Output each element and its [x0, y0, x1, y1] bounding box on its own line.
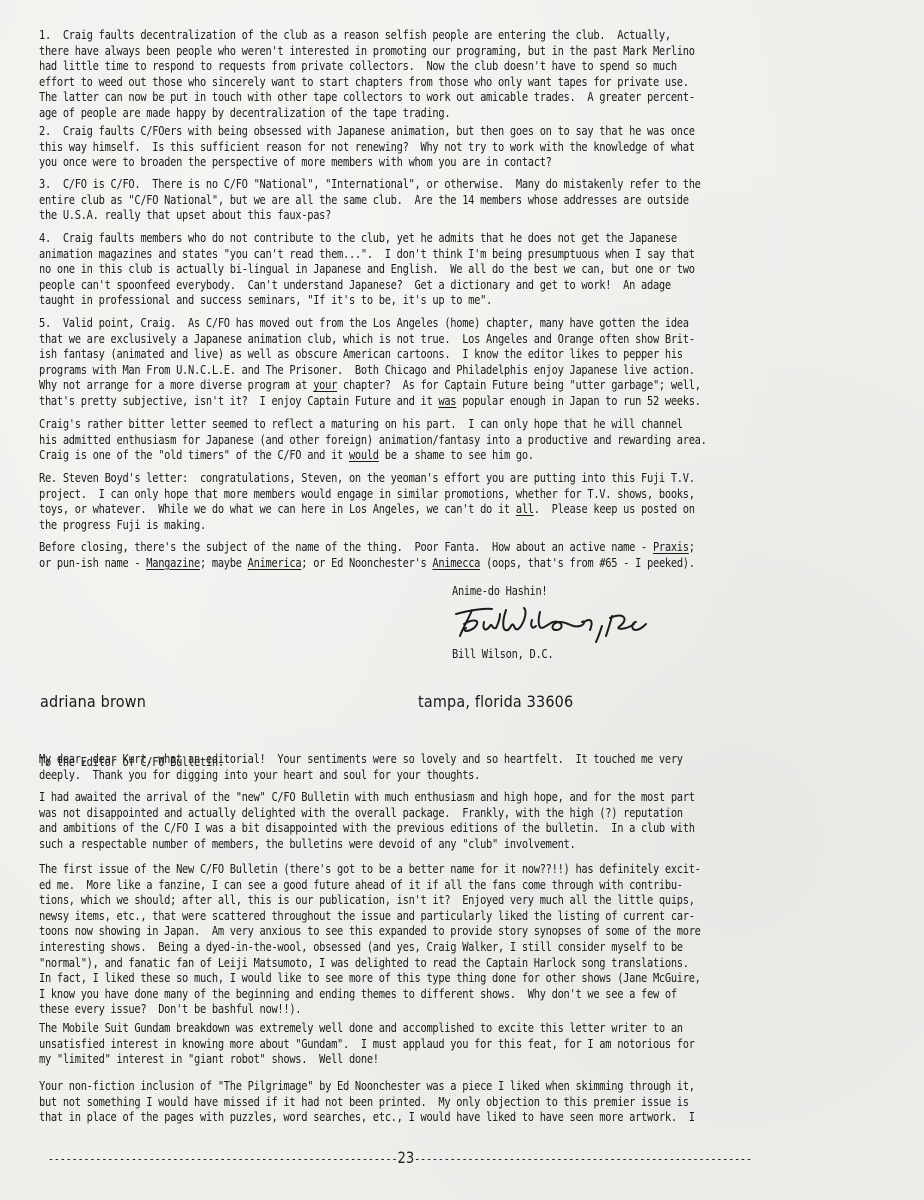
text-line: 5. Valid point, Craig. As C/FO has moved… — [39, 316, 813, 332]
underlined-emphasis: all — [516, 502, 534, 516]
text-line: Why not arrange for a more diverse progr… — [39, 378, 813, 394]
underlined-emphasis: Animerica — [248, 556, 302, 570]
text-line: was not disappointed and actually deligh… — [39, 806, 813, 822]
text-line: had little time to respond to requests f… — [39, 59, 813, 75]
text-line: My dear, dear Kurt, what an editorial! Y… — [39, 752, 813, 768]
text-line: In fact, I liked these so much, I would … — [39, 971, 813, 987]
text-line: Before closing, there's the subject of t… — [39, 540, 813, 556]
text-line: you once were to broaden the perspective… — [39, 155, 813, 171]
underlined-emphasis: Mangazine — [146, 556, 200, 570]
text-line: programs with Man From U.N.C.L.E. and Th… — [39, 363, 813, 379]
letter1-point-2: 2. Craig faults C/FOers with being obses… — [39, 124, 813, 171]
text-line: people can't spoonfeed everybody. Can't … — [39, 278, 813, 294]
text-line: 3. C/FO is C/FO. There is no C/FO "Natio… — [39, 177, 813, 193]
letter1-signed-name: Bill Wilson, D.C. — [452, 647, 553, 663]
text-line: this way himself. Is this sufficient rea… — [39, 140, 813, 156]
letter1-point-5: 5. Valid point, Craig. As C/FO has moved… — [39, 316, 813, 410]
text-line: taught in professional and success semin… — [39, 293, 813, 309]
underlined-emphasis: Animecca — [432, 556, 480, 570]
text-line: 1. Craig faults decentralization of the … — [39, 28, 813, 44]
underlined-emphasis: Praxis — [653, 540, 689, 554]
text-line: his admitted enthusiasm for Japanese (an… — [39, 433, 813, 449]
handwritten-signature: Bill Wilson, DC — [450, 600, 690, 645]
text-line: Craig's rather bitter letter seemed to r… — [39, 417, 813, 433]
text-line: the U.S.A. really that upset about this … — [39, 208, 813, 224]
letter1-steven-boyd-reply: Re. Steven Boyd's letter: congratulation… — [39, 471, 813, 533]
footer-dashes-right: ----------------------------------------… — [414, 1152, 753, 1166]
underlined-emphasis: was — [438, 394, 456, 408]
text-line: that's pretty subjective, isn't it? I en… — [39, 394, 813, 410]
text-line: 4. Craig faults members who do not contr… — [39, 231, 813, 247]
page-footer: ----------------------------------------… — [48, 1148, 753, 1167]
text-line: Your non-fiction inclusion of "The Pilgr… — [39, 1079, 813, 1095]
letter1-closing-remarks: Craig's rather bitter letter seemed to r… — [39, 417, 813, 464]
text-line: animation magazines and states "you can'… — [39, 247, 813, 263]
document-page: 1. Craig faults decentralization of the … — [0, 0, 924, 1200]
text-line: and ambitions of the C/FO I was a bit di… — [39, 821, 813, 837]
text-line: The first issue of the New C/FO Bulletin… — [39, 862, 813, 878]
text-line: the progress Fuji is making. — [39, 518, 813, 534]
page-number: 23 — [398, 1148, 415, 1167]
text-line: The Mobile Suit Gundam breakdown was ext… — [39, 1021, 813, 1037]
letter1-point-4: 4. Craig faults members who do not contr… — [39, 231, 813, 309]
letter2-paragraph-1: My dear, dear Kurt, what an editorial! Y… — [39, 752, 813, 783]
text-line: interesting shows. Being a dyed-in-the-w… — [39, 940, 813, 956]
text-line: that in place of the pages with puzzles,… — [39, 1110, 813, 1126]
letter1-name-suggestions: Before closing, there's the subject of t… — [39, 540, 813, 571]
text-line: The latter can now be put in touch with … — [39, 90, 813, 106]
letter2-paragraph-4: The Mobile Suit Gundam breakdown was ext… — [39, 1021, 813, 1068]
text-line: such a respectable number of members, th… — [39, 837, 813, 853]
letter1-signoff: Anime-do Hashin! — [452, 584, 547, 600]
footer-dashes-left: ----------------------------------------… — [48, 1152, 398, 1166]
letter2-paragraph-2: I had awaited the arrival of the "new" C… — [39, 790, 813, 852]
text-line: but not something I would have missed if… — [39, 1095, 813, 1111]
text-line: "normal"), and fanatic fan of Leiji Mats… — [39, 956, 813, 972]
text-line: no one in this club is actually bi-lingu… — [39, 262, 813, 278]
letter1-point-3: 3. C/FO is C/FO. There is no C/FO "Natio… — [39, 177, 813, 224]
text-line: newsy items, etc., that were scattered t… — [39, 909, 813, 925]
letter2-paragraph-3: The first issue of the New C/FO Bulletin… — [39, 862, 813, 1018]
text-line: that we are exclusively a Japanese anima… — [39, 332, 813, 348]
text-line: unsatisfied interest in knowing more abo… — [39, 1037, 813, 1053]
text-line: entire club as "C/FO National", but we a… — [39, 193, 813, 209]
text-line: project. I can only hope that more membe… — [39, 487, 813, 503]
text-line: ish fantasy (animated and live) as well … — [39, 347, 813, 363]
text-line: or pun-ish name - Mangazine; maybe Anime… — [39, 556, 813, 572]
text-line: there have always been people who weren'… — [39, 44, 813, 60]
text-line: toons now showing in Japan. Am very anxi… — [39, 924, 813, 940]
letter1-point-1: 1. Craig faults decentralization of the … — [39, 28, 813, 122]
text-line: I had awaited the arrival of the "new" C… — [39, 790, 813, 806]
text-line: Craig is one of the "old timers" of the … — [39, 448, 813, 464]
letter2-paragraph-5: Your non-fiction inclusion of "The Pilgr… — [39, 1079, 813, 1126]
text-line: deeply. Thank you for digging into your … — [39, 768, 813, 784]
text-line: ed me. More like a fanzine, I can see a … — [39, 878, 813, 894]
text-line: my "limited" interest in "giant robot" s… — [39, 1052, 813, 1068]
letter2-location: tampa, florida 33606 — [418, 692, 573, 711]
text-line: toys, or whatever. While we do what we c… — [39, 502, 813, 518]
letter2-author: adriana brown — [40, 692, 146, 711]
text-line: tions, which we should; after all, this … — [39, 893, 813, 909]
text-line: Re. Steven Boyd's letter: congratulation… — [39, 471, 813, 487]
underlined-emphasis: your — [313, 378, 337, 392]
text-line: age of people are made happy by decentra… — [39, 106, 813, 122]
text-line: effort to weed out those who sincerely w… — [39, 75, 813, 91]
text-line: 2. Craig faults C/FOers with being obses… — [39, 124, 813, 140]
underlined-emphasis: would — [349, 448, 379, 462]
text-line: these every issue? Don't be bashful now!… — [39, 1002, 813, 1018]
text-line: I know you have done many of the beginni… — [39, 987, 813, 1003]
